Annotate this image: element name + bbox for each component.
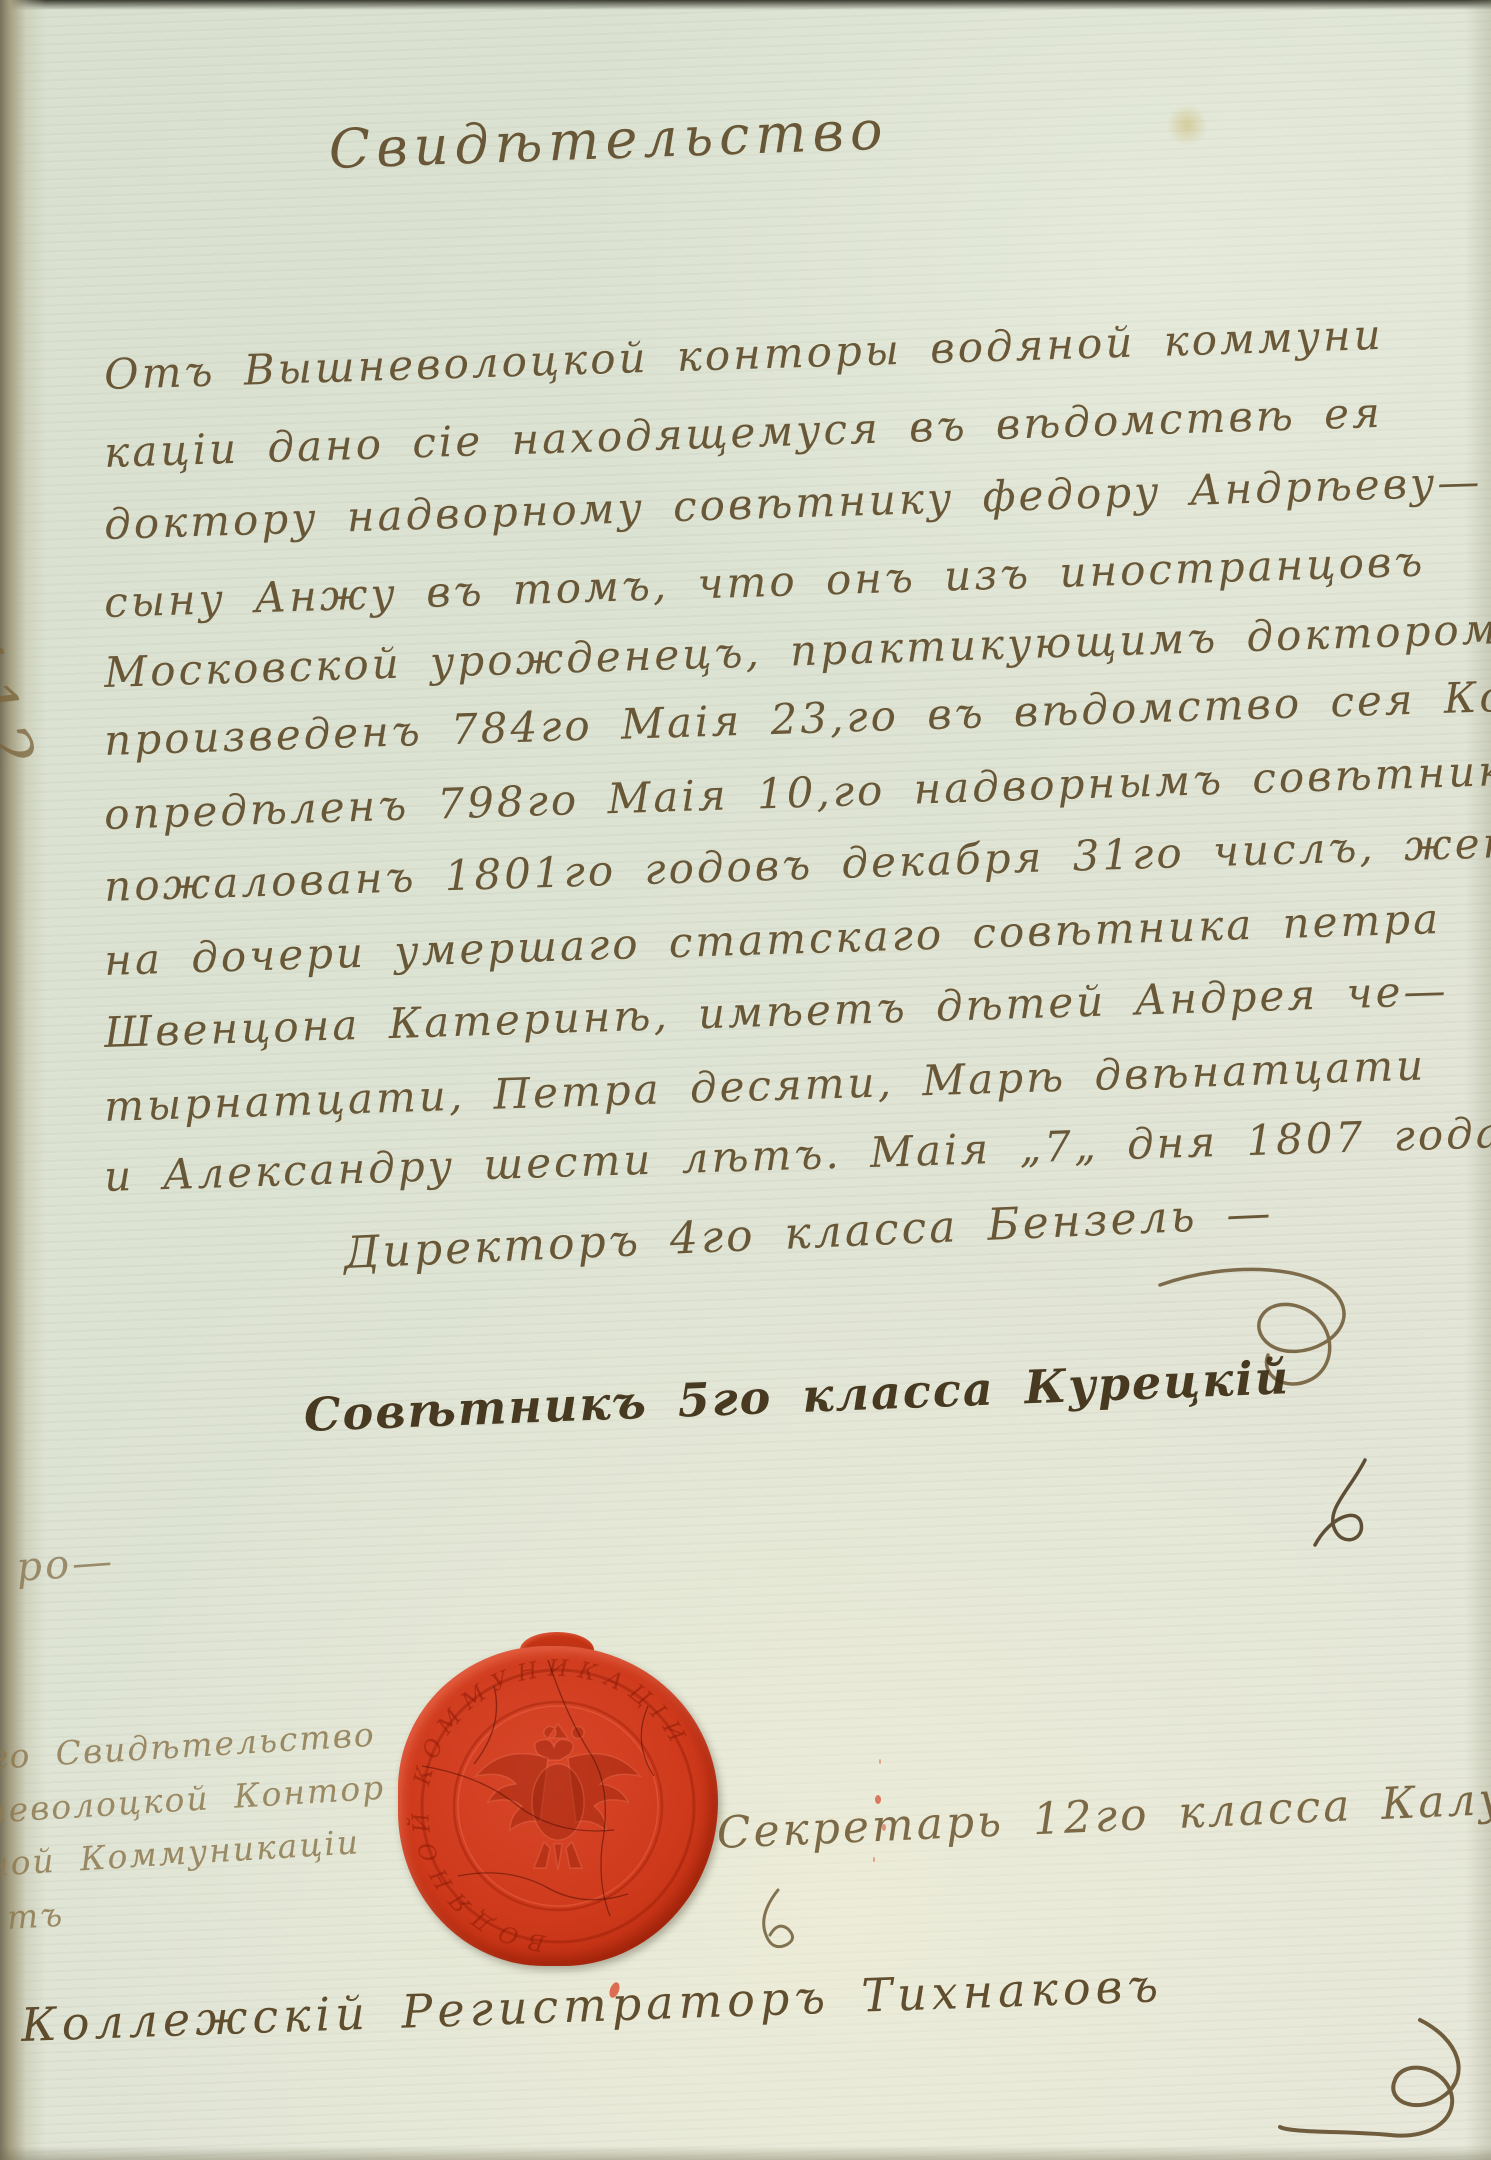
body-line: Отъ Вышневолоцкой конторы водяной коммун… (103, 310, 1384, 399)
secretary-signature-tail (748, 1888, 798, 1968)
registrar-signature-flourish (1270, 2015, 1490, 2155)
margin-note-line: го Свидѣтельство (0, 1715, 377, 1777)
councillor-signature: Совѣтникъ 5го класса Курецкiй (303, 1350, 1291, 1442)
secretary-signature: Секретарь 12го класса Калугинъ (716, 1768, 1491, 1859)
page-top-edge (0, 0, 1491, 10)
body-line: доктору надворному совѣтнику федору Андр… (103, 457, 1483, 549)
margin-side-mark: ро— (15, 1538, 117, 1591)
page-binding-edge (0, 0, 46, 2160)
wax-seal: ВОДЯНОЙ КОММУНИКАЦІИ (398, 1646, 718, 1966)
red-wax-specks (875, 1795, 881, 1804)
margin-note-line: тъ (6, 1895, 66, 1937)
director-signature: Директоръ 4го класса Бензель — (343, 1187, 1275, 1279)
wax-seal-emboss: ВОДЯНОЙ КОММУНИКАЦІИ (398, 1646, 718, 1966)
manuscript-page: Свидѣтельство Отъ Вышневолоцкой конторы … (0, 0, 1491, 2160)
page-right-edge (1465, 0, 1491, 2160)
double-headed-eagle (476, 1724, 640, 1870)
page-bottom-edge (0, 2146, 1491, 2160)
document-title: Свидѣтельство (328, 99, 890, 181)
body-line: кацiи дано сiе находящемуся въ вѣдомствѣ… (103, 388, 1383, 477)
councillor-signature-tail (1295, 1455, 1385, 1555)
registrar-signature: Коллежскiй Регистраторъ Тихнаковъ (20, 1958, 1164, 2052)
margin-note-line: ной Коммуникацiи (0, 1822, 361, 1884)
paper-stain (1165, 105, 1209, 145)
body-line: Швенцона Катеринѣ, имѣетъ дѣтей Андрея ч… (103, 966, 1449, 1057)
margin-note-line: неволоцкой Контор (0, 1768, 386, 1831)
